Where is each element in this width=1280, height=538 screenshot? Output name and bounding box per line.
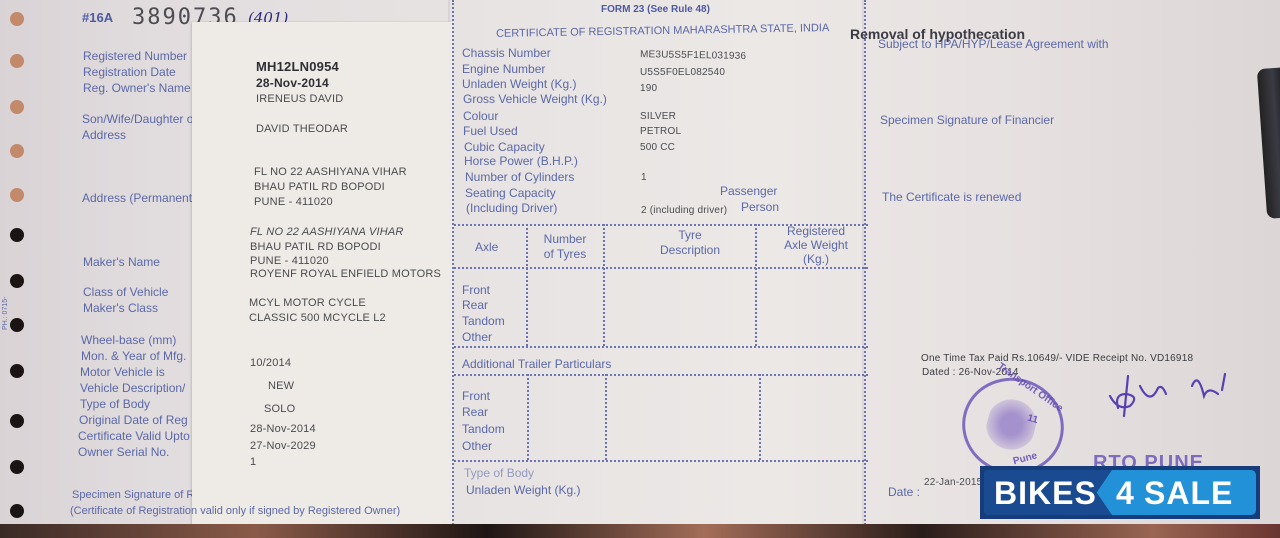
label-vehicle-description: Vehicle Description/ [80, 381, 185, 395]
label-class-of-vehicle: Class of Vehicle [83, 285, 168, 299]
label-permanent-address: Address (Permanent) [82, 191, 196, 205]
form-title: FORM 23 (See Rule 48) [601, 4, 710, 15]
registration-date: 28-Nov-2014 [256, 76, 329, 90]
label-cubic-capacity: Cubic Capacity [464, 140, 545, 154]
address-line-2: BHAU PATIL RD BOPODI [254, 181, 385, 193]
logo-text-number: 4 [1116, 475, 1135, 511]
financier-signature-label: Specimen Signature of Financier [880, 113, 1054, 127]
label-motor-vehicle-is: Motor Vehicle is [80, 365, 165, 379]
mfg-date: 10/2014 [250, 357, 291, 369]
label-type-of-body: Type of Body [80, 397, 150, 411]
address-line-3: PUNE - 411020 [254, 196, 333, 208]
tax-paid-note: One Time Tax Paid Rs.10649/- VIDE Receip… [921, 353, 1193, 364]
engine-number: U5S5F0EL082540 [640, 67, 725, 78]
trailer-other: Other [462, 439, 492, 453]
class-of-vehicle: MCYL MOTOR CYCLE [249, 297, 366, 309]
label-chassis: Chassis Number [462, 46, 551, 60]
label-relation: Son/Wife/Daughter of [82, 112, 197, 126]
cylinders: 1 [641, 172, 647, 183]
renewal-date: 22-Jan-2015 [924, 477, 982, 488]
certificate-renewed-label: The Certificate is renewed [882, 190, 1021, 204]
label-engine: Engine Number [462, 62, 545, 76]
chassis-number: ME3U5S5F1EL031936 [640, 49, 746, 62]
trailer-title: Additional Trailer Particulars [462, 357, 611, 371]
renewal-date-label: Date : [888, 485, 920, 499]
label-fuel: Fuel Used [463, 124, 518, 138]
label-seating: Seating Capacity [465, 186, 556, 200]
original-reg-date: 28-Nov-2014 [250, 423, 316, 435]
header-axle-weight: Registered Axle Weight (Kg.) [778, 224, 854, 266]
unladen-weight: 190 [640, 83, 657, 94]
fuel-used: PETROL [640, 126, 681, 137]
label-including-driver: (Including Driver) [466, 201, 557, 215]
permanent-address-line-3: PUNE - 411020 [250, 255, 329, 267]
permanent-address-line-1: FL NO 22 AASHIYANA VIHAR [250, 226, 404, 238]
label-registered-number: Registered Number [83, 49, 187, 63]
certificate-title: CERTIFICATE OF REGISTRATION MAHARASHTRA … [496, 22, 829, 40]
valid-upto: 27-Nov-2029 [250, 440, 316, 452]
axle-rear: Rear [462, 298, 488, 312]
label-colour: Colour [463, 109, 498, 123]
table-surface [0, 524, 1280, 538]
label-address: Address [82, 128, 126, 142]
label-owner-serial: Owner Serial No. [78, 445, 169, 459]
punch-holes [0, 0, 30, 528]
logo-text-bikes: BIKES [994, 475, 1097, 511]
logo-text-sale: SALE [1144, 475, 1233, 511]
relation-name: DAVID THEODAR [256, 123, 348, 135]
registration-certificate: PH.: 0715- #16A 3890736 (401) Registered… [0, 0, 1280, 528]
side-phone-stamp: PH.: 0715- [2, 297, 9, 330]
trailer-front: Front [462, 389, 490, 403]
label-owner-name: Reg. Owner's Name [83, 81, 191, 95]
trailer-type-body: Type of Body [464, 466, 534, 480]
label-cylinders: Number of Cylinders [465, 170, 574, 184]
label-gross-weight: Gross Vehicle Weight (Kg.) [463, 92, 607, 106]
axle-other: Other [462, 330, 492, 344]
header-axle: Axle [475, 240, 498, 254]
trailer-unladen-weight: Unladen Weight (Kg.) [466, 483, 581, 497]
bikes4sale-logo: BIKES 4 SALE [980, 466, 1260, 519]
trailer-rear: Rear [462, 405, 488, 419]
section-divider [452, 0, 454, 528]
header-tyre-description: Tyre Description [650, 228, 730, 258]
colour: SILVER [640, 111, 676, 122]
label-valid-upto: Certificate Valid Upto [78, 429, 190, 443]
label-original-reg-date: Original Date of Reg [79, 413, 188, 427]
motor-vehicle-status: NEW [268, 380, 294, 392]
owner-name: IRENEUS DAVID [256, 93, 343, 105]
label-maker-class: Maker's Class [83, 301, 158, 315]
registered-number: MH12LN0954 [256, 59, 339, 74]
trailer-tandom: Tandom [462, 422, 505, 436]
seating-unit: Person [741, 200, 779, 214]
axle-front: Front [462, 283, 490, 297]
cubic-capacity: 500 CC [640, 142, 675, 153]
label-unladen-weight: Unladen Weight (Kg.) [462, 77, 577, 91]
label-registration-date: Registration Date [83, 65, 176, 79]
header-number-of-tyres: Number of Tyres [538, 232, 592, 262]
validity-note: (Certificate of Registration valid only … [70, 505, 400, 517]
officer-signature-icon [1100, 366, 1245, 426]
label-wheel-base: Wheel-base (mm) [81, 333, 176, 347]
type-of-body: SOLO [264, 403, 295, 415]
maker-class: CLASSIC 500 MCYCLE L2 [249, 312, 386, 324]
address-line-1: FL NO 22 AASHIYANA VIHAR [254, 166, 407, 178]
permanent-address-line-2: BHAU PATIL RD BOPODI [250, 241, 381, 253]
label-mfg-date: Mon. & Year of Mfg. [81, 349, 186, 363]
seating-passenger: Passenger [720, 184, 777, 198]
label-horse-power: Horse Power (B.H.P.) [464, 154, 578, 168]
owner-serial: 1 [250, 456, 256, 468]
axle-tandom: Tandom [462, 314, 505, 328]
section-divider [864, 0, 866, 528]
maker-name: ROYENF ROYAL ENFIELD MOTORS [250, 268, 441, 280]
seating-value: 2 (including driver) [641, 205, 727, 216]
hypothecation-title: Removal of hypothecation [850, 26, 1025, 42]
label-maker-name: Maker's Name [83, 255, 160, 269]
serial-tag: #16A [82, 10, 113, 25]
